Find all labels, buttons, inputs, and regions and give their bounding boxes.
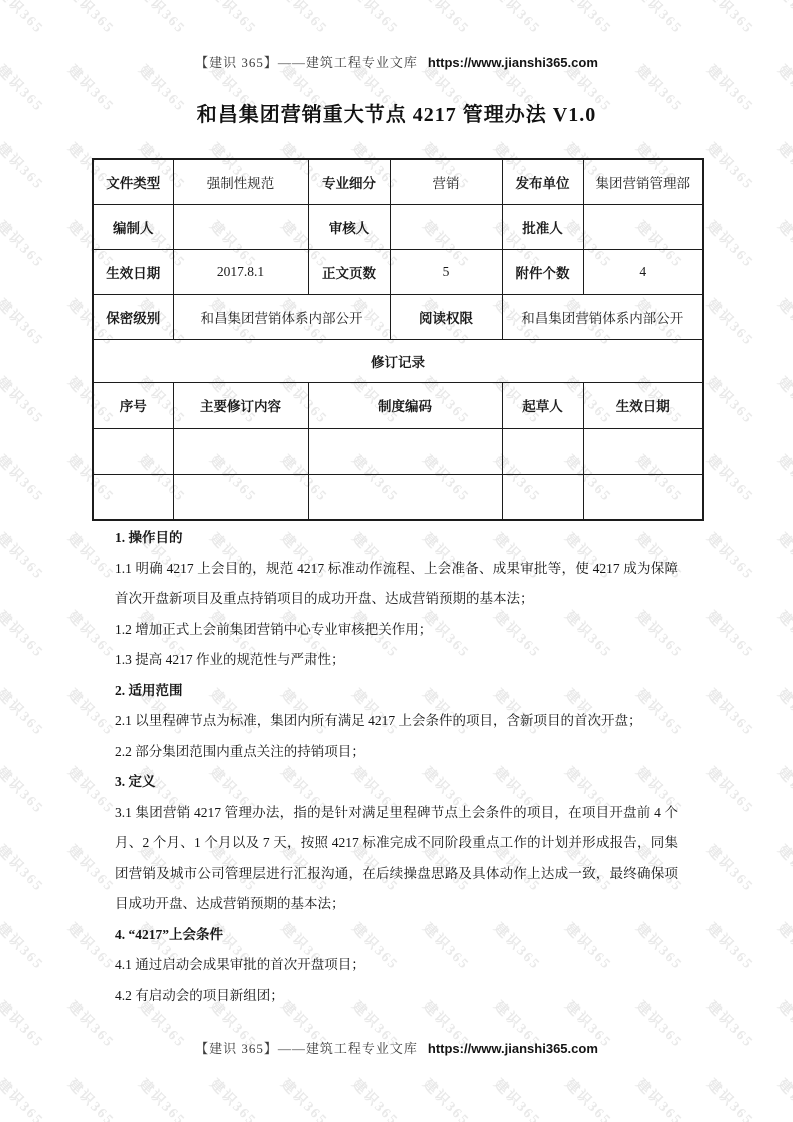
paragraph: 1.3 提高 4217 作业的规范性与严肃性； — [115, 645, 678, 676]
document-page: 建识365建识365建识365建识365建识365建识365建识365建识365… — [0, 0, 793, 1122]
table-value-cell — [502, 474, 583, 520]
paragraph: 1.2 增加正式上会前集团营销中心专业审核把关作用； — [115, 615, 678, 646]
table-label-cell: 序号 — [93, 382, 173, 428]
paragraph: 3.1 集团营销 4217 管理办法，指的是针对满足里程碑节点上会条件的项目，在… — [115, 798, 678, 920]
table-label-cell: 制度编码 — [308, 382, 502, 428]
table-label-cell: 正文页数 — [308, 249, 390, 294]
table-label-cell: 审核人 — [308, 204, 390, 249]
header-brand: 【建识 365】——建筑工程专业文库 — [195, 55, 418, 70]
table-value-cell — [173, 474, 308, 520]
paragraph: 2.2 部分集团范围内重点关注的持销项目； — [115, 737, 678, 768]
footer-url-link[interactable]: https://www.jianshi365.com — [428, 1041, 598, 1056]
table-label-cell: 发布单位 — [502, 159, 583, 204]
document-title: 和昌集团营销重大节点 4217 管理办法 V1.0 — [0, 98, 793, 127]
paragraph: 4.1 通过启动会成果审批的首次开盘项目； — [115, 950, 678, 981]
table-value-cell: 营销 — [390, 159, 502, 204]
table-label-cell: 文件类型 — [93, 159, 173, 204]
table-row: 修订记录 — [93, 339, 703, 382]
table-label-cell: 批准人 — [502, 204, 583, 249]
table-label-cell: 起草人 — [502, 382, 583, 428]
table-row: 编制人审核人批准人 — [93, 204, 703, 249]
table-label-cell: 专业细分 — [308, 159, 390, 204]
table-label-cell: 生效日期 — [583, 382, 703, 428]
metadata-table: 文件类型强制性规范专业细分营销发布单位集团营销管理部编制人审核人批准人生效日期2… — [92, 158, 704, 521]
table-label-cell: 修订记录 — [93, 339, 703, 382]
section-heading: 2. 适用范围 — [115, 676, 678, 707]
table-label-cell: 主要修订内容 — [173, 382, 308, 428]
page-content: 【建识 365】——建筑工程专业文库https://www.jianshi365… — [0, 0, 793, 1122]
table-value-cell — [308, 474, 502, 520]
paragraph: 2.1 以里程碑节点为标准，集团内所有满足 4217 上会条件的项目，含新项目的… — [115, 706, 678, 737]
table-value-cell: 和昌集团营销体系内部公开 — [173, 294, 390, 339]
table-label-cell: 阅读权限 — [390, 294, 502, 339]
table-value-cell — [502, 428, 583, 474]
table-value-cell — [93, 428, 173, 474]
table-row — [93, 474, 703, 520]
table-value-cell: 强制性规范 — [173, 159, 308, 204]
footer-brand: 【建识 365】——建筑工程专业文库 — [195, 1041, 418, 1056]
table-value-cell — [308, 428, 502, 474]
paragraph: 4.2 有启动会的项目新组团； — [115, 981, 678, 1012]
metadata-table-body: 文件类型强制性规范专业细分营销发布单位集团营销管理部编制人审核人批准人生效日期2… — [93, 159, 703, 520]
table-label-cell: 生效日期 — [93, 249, 173, 294]
table-value-cell: 4 — [583, 249, 703, 294]
table-row: 文件类型强制性规范专业细分营销发布单位集团营销管理部 — [93, 159, 703, 204]
table-label-cell: 保密级别 — [93, 294, 173, 339]
table-value-cell: 和昌集团营销体系内部公开 — [502, 294, 703, 339]
table-value-cell — [173, 204, 308, 249]
document-body: 1. 操作目的1.1 明确 4217 上会目的，规范 4217 标准动作流程、上… — [115, 523, 678, 1011]
table-value-cell — [583, 204, 703, 249]
header-url-link[interactable]: https://www.jianshi365.com — [428, 55, 598, 70]
section-heading: 4. “4217”上会条件 — [115, 920, 678, 951]
table-row: 保密级别和昌集团营销体系内部公开阅读权限和昌集团营销体系内部公开 — [93, 294, 703, 339]
table-row — [93, 428, 703, 474]
section-heading: 1. 操作目的 — [115, 523, 678, 554]
table-value-cell — [583, 474, 703, 520]
page-header: 【建识 365】——建筑工程专业文库https://www.jianshi365… — [0, 52, 793, 71]
table-value-cell — [173, 428, 308, 474]
table-label-cell: 编制人 — [93, 204, 173, 249]
table-label-cell: 附件个数 — [502, 249, 583, 294]
paragraph: 1.1 明确 4217 上会目的，规范 4217 标准动作流程、上会准备、成果审… — [115, 554, 678, 615]
page-footer: 【建识 365】——建筑工程专业文库https://www.jianshi365… — [0, 1038, 793, 1057]
table-value-cell — [390, 204, 502, 249]
table-value-cell: 2017.8.1 — [173, 249, 308, 294]
table-value-cell — [93, 474, 173, 520]
table-value-cell: 集团营销管理部 — [583, 159, 703, 204]
table-row: 生效日期2017.8.1正文页数5附件个数4 — [93, 249, 703, 294]
table-value-cell — [583, 428, 703, 474]
section-heading: 3. 定义 — [115, 767, 678, 798]
table-value-cell: 5 — [390, 249, 502, 294]
table-row: 序号主要修订内容制度编码起草人生效日期 — [93, 382, 703, 428]
